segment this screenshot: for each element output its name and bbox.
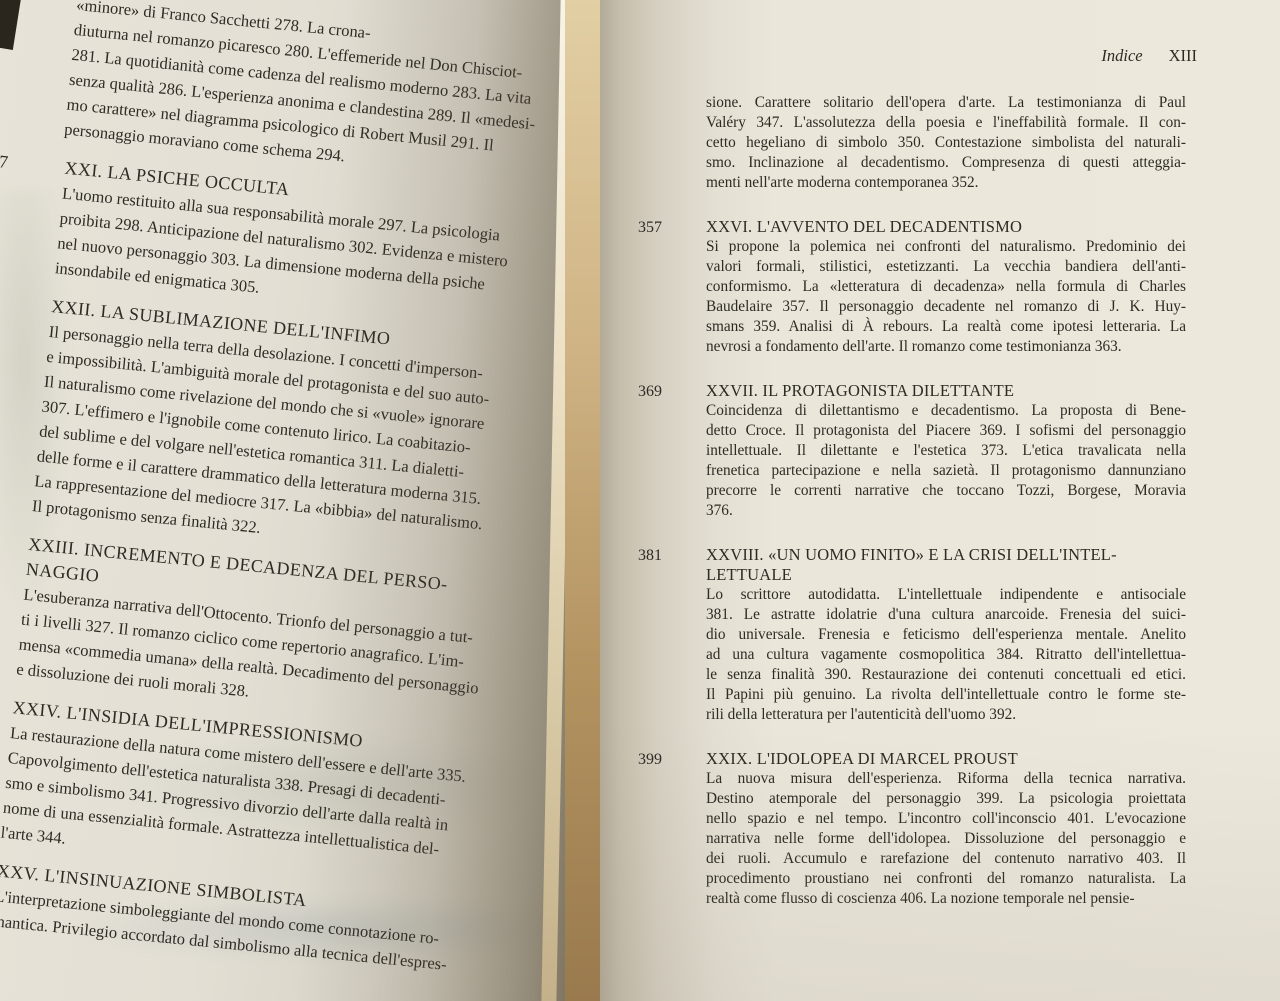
toc-text-line: menti nell'arte moderna contemporanea 35…	[706, 173, 1186, 193]
toc-text-line: conformismo. La «letteratura di decadenz…	[706, 277, 1186, 297]
toc-text-line: Il Papini più genuino. La rivolta dell'i…	[706, 685, 1186, 705]
toc-entry-307: 307 XXII. LA SUBLIMAZIONE DELL'INFIMO Il…	[0, 286, 613, 573]
toc-text-line: Lo scrittore autodidatta. L'intellettual…	[706, 585, 1186, 605]
toc-text-line: Destino atemporale del personaggio 399. …	[706, 789, 1186, 809]
chapter-title: XXVI. L'AVVENTO DEL DECADENTISMO	[706, 217, 1186, 237]
chapter-start-page: 399	[638, 749, 706, 909]
toc-text-line: le senza finalità 390. Restaurazione dei…	[706, 665, 1186, 685]
toc-text-line: valori formali, stilistici, estetizzanti…	[706, 257, 1186, 277]
toc-entry-399: 399 XXIX. L'IDOLOPEA DI MARCEL PROUST La…	[600, 749, 1280, 909]
toc-text-line: La nuova misura dell'esperienza. Riforma…	[706, 769, 1186, 789]
toc-text-line: rili della letteratura per l'autenticità…	[706, 705, 1186, 725]
toc-text-line: nello spazio e nel tempo. L'incontro col…	[706, 809, 1186, 829]
toc-text-line: Baudelaire 357. Il personaggio decadente…	[706, 297, 1186, 317]
toc-text-line: procedimento proustiano nei confronti de…	[706, 869, 1186, 889]
toc-entry-381: 381 XXVIII. «UN UOMO FINITO» E LA CRISI …	[600, 545, 1280, 725]
chapter-start-page: 357	[638, 217, 706, 357]
book-photo: «minore» di Franco Sacchetti 278. La cro…	[0, 0, 1280, 1001]
toc-text-line: detto Croce. Il protagonista del Piacere…	[706, 421, 1186, 441]
chapter-summary: Coincidenza di dilettantismo e decadenti…	[706, 401, 1186, 521]
right-page: Indice XIII sione. Carattere solitario d…	[600, 0, 1280, 1001]
chapter-title: XXVIII. «UN UOMO FINITO» E LA CRISI DELL…	[706, 545, 1186, 585]
toc-text-line: smo. Inclinazione al decadentismo. Compr…	[706, 153, 1186, 173]
toc-text-line: sione. Carattere solitario dell'opera d'…	[706, 93, 1186, 113]
chapter-title-line: XXVIII. «UN UOMO FINITO» E LA CRISI DELL…	[706, 545, 1186, 565]
toc-text-line: narrativa nelle forme dell'idolopea. Dis…	[706, 829, 1186, 849]
toc-text-line: Valéry 347. L'assolutezza della poesia e…	[706, 113, 1186, 133]
chapter-title-line: XXVII. IL PROTAGONISTA DILETTANTE	[706, 381, 1186, 401]
toc-text-line: ad una cultura vagamente cosmopolitica 3…	[706, 645, 1186, 665]
running-header-title: Indice	[1101, 46, 1142, 66]
toc-entry-357: 357 XXVI. L'AVVENTO DEL DECADENTISMO Si …	[600, 217, 1280, 357]
chapter-summary: Lo scrittore autodidatta. L'intellettual…	[706, 585, 1186, 725]
toc-text-line: 381. Le astratte idolatrie d'una cultura…	[706, 605, 1186, 625]
left-page: «minore» di Franco Sacchetti 278. La cro…	[0, 0, 613, 1001]
left-page-text-block: «minore» di Franco Sacchetti 278. La cro…	[0, 0, 613, 988]
toc-text-line: intellettuale. Il dilettante e l'estetic…	[706, 441, 1186, 461]
toc-text-line: dio universale. Frenesia e feticismo del…	[706, 625, 1186, 645]
running-header: Indice XIII	[600, 46, 1197, 66]
toc-text-line: dei ruoli. Accumulo e rarefazione del co…	[706, 849, 1186, 869]
chapter-title-line: XXIX. L'IDOLOPEA DI MARCEL PROUST	[706, 749, 1186, 769]
chapter-title-line: LETTUALE	[706, 565, 1186, 585]
chapter-title-line: XXVI. L'AVVENTO DEL DECADENTISMO	[706, 217, 1186, 237]
toc-text-line: realtà come flusso di coscienza 406. La …	[706, 889, 1186, 909]
toc-text-line: precorre le correnti narrative che tocca…	[706, 481, 1186, 501]
chapter-title: XXVII. IL PROTAGONISTA DILETTANTE	[706, 381, 1186, 401]
toc-text-line: 376.	[706, 501, 1186, 521]
toc-paragraph-continuation: sione. Carattere solitario dell'opera d'…	[706, 93, 1186, 193]
chapter-title: XXIX. L'IDOLOPEA DI MARCEL PROUST	[706, 749, 1186, 769]
toc-text-line: cetto hegeliano di simbolo 350. Contesta…	[706, 133, 1186, 153]
right-page-text-block: sione. Carattere solitario dell'opera d'…	[600, 93, 1280, 909]
book-gutter	[565, 0, 600, 1001]
toc-text-line: nevrosi a fondamento dell'arte. Il roman…	[706, 337, 1186, 357]
toc-text-line: smans 359. Analisi di À rebours. La real…	[706, 317, 1186, 337]
toc-text-line: frenetica partecipazione e nella sazietà…	[706, 461, 1186, 481]
chapter-start-page: 381	[638, 545, 706, 725]
chapter-summary: Si propone la polemica nei confronti del…	[706, 237, 1186, 357]
toc-text-line: Si propone la polemica nei confronti del…	[706, 237, 1186, 257]
chapter-start-page: 369	[638, 381, 706, 521]
chapter-summary: La nuova misura dell'esperienza. Riforma…	[706, 769, 1186, 909]
toc-text-line: Coincidenza di dilettantismo e decadenti…	[706, 401, 1186, 421]
toc-entry-369: 369 XXVII. IL PROTAGONISTA DILETTANTE Co…	[600, 381, 1280, 521]
running-header-page-number: XIII	[1169, 46, 1197, 66]
